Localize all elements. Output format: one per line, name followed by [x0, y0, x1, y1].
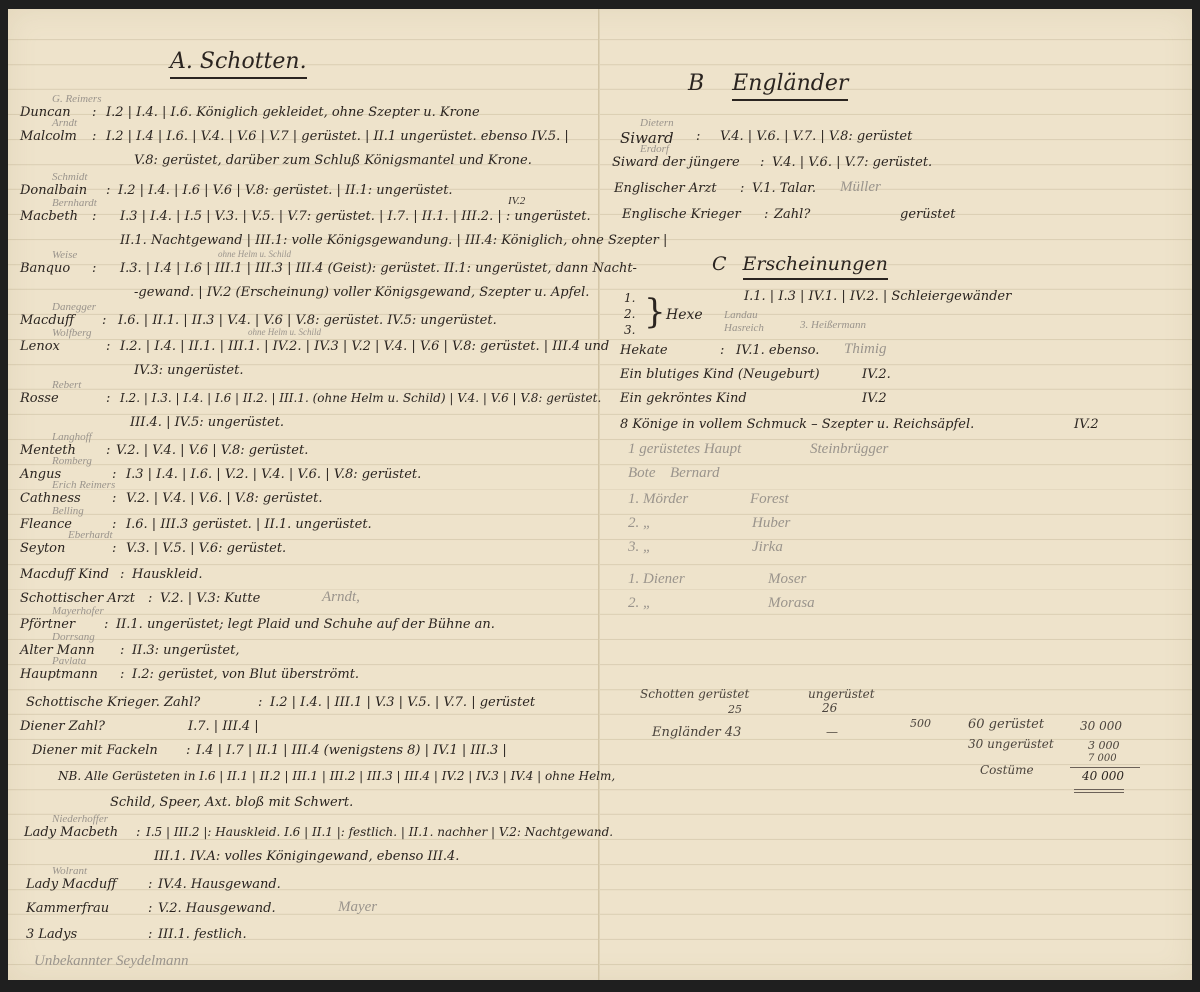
pencil-annotation: Dietern — [640, 117, 674, 129]
role-name: Lady Macduff — [26, 877, 116, 892]
role-name: 3 Ladys — [26, 927, 77, 942]
tally-value: 500 — [910, 717, 931, 730]
costume-spec-continuation: -gewand. | IV.2 (Erscheinung) voller Kön… — [134, 285, 589, 300]
pencil-note: Arndt, — [322, 589, 360, 606]
tally-calc-value: 7 000 — [1088, 753, 1117, 764]
cast-row: Bote Bernard — [600, 465, 1192, 490]
role-name: Malcolm — [20, 129, 77, 144]
tally-calc-total: 40 000 — [1082, 769, 1124, 783]
pencil-note: Hasreich — [724, 322, 764, 334]
entry-cathness: Erich Reimers Cathness : V.2. | V.4. | V… — [8, 489, 598, 514]
cast-role: 2. „ — [628, 515, 651, 532]
pencil-annotation: Schmidt — [52, 171, 87, 183]
pencil-annotation: Dorrsang — [52, 631, 95, 643]
right-page: BEngländer Dietern Siward : V.4. | V.6. … — [600, 9, 1192, 980]
cast-actor: Forest — [750, 491, 789, 508]
costume-spec: V.3. | V.5. | V.6: gerüstet. — [126, 541, 286, 556]
pencil-note: Müller — [840, 179, 881, 196]
costume-spec: Zahl? — [774, 207, 810, 222]
cast-role: 2. „ — [628, 595, 651, 612]
witch-number: 1. — [624, 291, 635, 305]
costume-spec: IV.2 — [1074, 417, 1099, 432]
costume-spec: IV.2. — [862, 367, 891, 382]
entry-siward-der-juengere: Erdorf Siward der jüngere : V.4. | V.6. … — [600, 153, 1192, 178]
role-name: Cathness — [20, 491, 81, 506]
costume-spec: I.3 | I.4. | I.5 | V.3. | V.5. | V.7: ge… — [120, 209, 591, 224]
pencil-annotation: Rebert — [52, 379, 81, 391]
tally-value: 25 — [728, 703, 742, 716]
entry-lady-macbeth: Niederhoffer Lady Macbeth : I.5 | III.2 … — [8, 823, 598, 848]
pencil-annotation: Erdorf — [640, 143, 669, 155]
entry-macbeth: Bernhardt Macbeth : I.3 | I.4. | I.5 | V… — [8, 207, 598, 232]
costume-spec: Hauskleid. — [132, 567, 202, 582]
costume-spec: V.4. | V.6. | V.7: gerüstet. — [772, 155, 932, 170]
witch-number: 3. — [624, 323, 635, 337]
section-c-heading: CErscheinungen — [712, 253, 888, 275]
costume-spec: V.2. | V.4. | V.6. | V.8: gerüstet. — [126, 491, 322, 506]
cast-actor: Steinbrügger — [810, 441, 888, 458]
superscript-note: IV.2 — [508, 195, 525, 207]
pencil-annotation: Eberhardt — [68, 529, 113, 541]
costume-spec: I.4 | I.7 | II.1 | III.4 (wenigstens 8) … — [196, 743, 507, 758]
superscript-note: ohne Helm u. Schild — [248, 327, 321, 337]
role-name: Ein gekröntes Kind — [620, 391, 747, 406]
role-name: Pförtner — [20, 617, 75, 632]
pencil-annotation: Niederhoffer — [52, 813, 108, 825]
pencil-annotation: Arndt — [52, 117, 77, 129]
pencil-annotation: Bernhardt — [52, 197, 97, 209]
cast-row: 2. „ Morasa — [600, 595, 1192, 620]
role-name: Diener mit Fackeln — [32, 743, 158, 758]
role-name: Schottische Krieger. Zahl? — [26, 695, 200, 710]
tally-label: ungerüstet — [808, 687, 875, 701]
superscript-note: ohne Helm u. Schild — [218, 249, 291, 259]
entry-schottische-krieger: Schottische Krieger. Zahl? : I.2 | I.4. … — [8, 693, 598, 718]
section-a-title: Schotten. — [200, 49, 307, 74]
section-b-heading: BEngländer — [688, 71, 848, 96]
entry-englischer-arzt: Englischer Arzt : V.1. Talar. Müller — [600, 179, 1192, 204]
costume-spec: I.2 | I.4. | I.6 | V.6 | V.8: gerüstet. … — [118, 183, 453, 198]
section-a-letter: A. — [170, 49, 193, 74]
tally-value: — — [826, 725, 838, 739]
costume-spec: I.2. | I.3. | I.4. | I.6 | II.2. | III.1… — [120, 391, 601, 405]
note-continuation: Schild, Speer, Axt. bloß mit Schwert. — [110, 795, 353, 810]
entry-lady-macduff: Wolrant Lady Macduff : IV.4. Hausgewand. — [8, 875, 598, 900]
cast-role: Bote — [628, 465, 656, 482]
cast-actor: Jirka — [752, 539, 783, 556]
role-name: Hauptmann — [20, 667, 98, 682]
role-name: Lenox — [20, 339, 60, 354]
section-a-heading: A. Schotten. — [170, 49, 307, 74]
costume-spec: I.6. | II.1. | II.3 | V.4. | V.6 | V.8: … — [118, 313, 497, 328]
role-name: Kammerfrau — [26, 901, 109, 916]
role-name: Banquo — [20, 261, 70, 276]
left-page: A. Schotten. G. Reimers Duncan : I.2 | I… — [8, 9, 598, 980]
costume-spec: I.2. | I.4. | II.1. | III.1. | IV.2. | I… — [120, 339, 609, 354]
section-b-letter: B — [688, 71, 704, 96]
costume-spec: V.4. | V.6. | V.7. | V.8: gerüstet — [720, 129, 912, 144]
cast-actor: Bernard — [670, 465, 719, 482]
costume-spec: II.3: ungerüstet, — [132, 643, 239, 658]
tally-value: 26 — [822, 701, 837, 715]
entry-8-koenige: 8 Könige in vollem Schmuck – Szepter u. … — [600, 415, 1192, 440]
role-name: Diener Zahl? — [20, 719, 105, 734]
sum-line — [1070, 767, 1140, 768]
tally-calc-value: 3 000 — [1088, 739, 1120, 752]
role-name: Siward der jüngere — [612, 155, 740, 170]
cast-row: 1. Diener Moser — [600, 571, 1192, 596]
entry-macduff-kind: Macduff Kind : Hauskleid. — [8, 565, 598, 590]
manuscript-sheet: A. Schotten. G. Reimers Duncan : I.2 | I… — [8, 9, 1192, 980]
costume-spec: I.5 | III.2 |: Hauskleid. I.6 | II.1 |: … — [146, 825, 613, 839]
entry-gekroentes-kind: Ein gekröntes Kind IV.2 — [600, 389, 1192, 414]
role-name: Hekate — [620, 343, 668, 358]
double-underline — [1074, 792, 1124, 793]
pencil-annotation: Wolrant — [52, 865, 87, 877]
costume-spec-continuation: III.4. | IV.5: ungerüstet. — [130, 415, 284, 430]
tally-calc-label: 60 gerüstet — [968, 717, 1044, 732]
tally-calc-label: 30 ungerüstet — [968, 737, 1054, 751]
costume-spec: IV.2 — [862, 391, 887, 406]
pencil-note: Thimig — [844, 341, 887, 358]
role-name: Englische Krieger — [622, 207, 741, 222]
pencil-annotation: Langhoff — [52, 431, 92, 443]
costume-spec: V.2. Hausgewand. — [158, 901, 276, 916]
role-name: Macduff — [20, 313, 74, 328]
tally-calc-value: 30 000 — [1080, 719, 1122, 733]
double-underline — [1074, 789, 1124, 790]
costume-spec: V.2. | V.4. | V.6 | V.8: gerüstet. — [116, 443, 308, 458]
pencil-annotation: Erich Reimers — [52, 479, 115, 491]
role-name: 8 Könige in vollem Schmuck – Szepter u. … — [620, 417, 974, 432]
costume-spec: IV.4. Hausgewand. — [158, 877, 281, 892]
entry-banquo: Weise Banquo : I.3. | I.4 | I.6 | III.1 … — [8, 259, 598, 284]
cast-row: 3. „ Jirka — [600, 539, 1192, 564]
costume-spec-continuation: III.1. IV.A: volles Königingewand, ebens… — [154, 849, 459, 864]
costume-spec: IV.1. ebenso. — [736, 343, 819, 358]
costume-spec: I.1. | I.3 | IV.1. | IV.2. | Schleiergew… — [744, 289, 1011, 304]
pencil-annotation: Romberg — [52, 455, 92, 467]
costume-spec: gerüstet — [900, 207, 955, 222]
entry-alter-mann: Dorrsang Alter Mann : II.3: ungerüstet, — [8, 641, 598, 666]
role-name: Macbeth — [20, 209, 78, 224]
cast-row: 1 gerüstetes Haupt Steinbrügger — [600, 441, 1192, 466]
role-name: Seyton — [20, 541, 65, 556]
tally-calc-label: Costüme — [980, 763, 1034, 777]
note-continuation: NB. Alle Gerüsteten in I.6 | II.1 | II.2… — [58, 769, 615, 783]
pencil-annotation: G. Reimers — [52, 93, 102, 105]
role-name: Macduff Kind — [20, 567, 109, 582]
role-name: Fleance — [20, 517, 72, 532]
pencil-annotation: Belling — [52, 505, 84, 517]
role-name: Hexe — [666, 307, 703, 323]
section-b-title: Engländer — [732, 71, 848, 101]
cast-role: 1 gerüstetes Haupt — [628, 441, 741, 458]
pencil-annotation: Wolfberg — [52, 327, 92, 339]
entry-kammerfrau: Kammerfrau : V.2. Hausgewand. Mayer — [8, 899, 598, 924]
costume-spec: V.2. | V.3: Kutte — [160, 591, 260, 606]
section-c-letter: C — [712, 253, 727, 275]
entry-rosse: Rebert Rosse : I.2. | I.3. | I.4. | I.6 … — [8, 389, 598, 414]
costume-spec: I.2: gerüstet, von Blut überströmt. — [132, 667, 359, 682]
cast-role: 1. Mörder — [628, 491, 688, 508]
costume-spec: I.3 | I.4. | I.6. | V.2. | V.4. | V.6. |… — [126, 467, 421, 482]
entry-diener-mit-fackeln: Diener mit Fackeln : I.4 | I.7 | II.1 | … — [8, 741, 598, 766]
cast-role: 1. Diener — [628, 571, 685, 588]
pencil-note: 3. Heißermann — [800, 319, 866, 331]
tally-label: Schotten gerüstet — [640, 687, 749, 701]
costume-spec: V.1. Talar. — [752, 181, 816, 196]
witch-number: 2. — [624, 307, 635, 321]
role-name: Englischer Arzt — [614, 181, 717, 196]
costume-spec-continuation: V.8: gerüstet, darüber zum Schluß Königs… — [134, 153, 532, 168]
entry-malcolm: Arndt Malcolm : I.2 | I.4 | I.6. | V.4. … — [8, 127, 598, 152]
cast-role: 3. „ — [628, 539, 651, 556]
costume-spec-continuation: IV.3: ungerüstet. — [134, 363, 243, 378]
entry-pfoertner: Mayerhofer Pförtner : II.1. ungerüstet; … — [8, 615, 598, 640]
tally-label: Engländer 43 — [652, 725, 741, 740]
pencil-annotation: Danegger — [52, 301, 96, 313]
entry-englische-krieger: Englische Krieger : Zahl? gerüstet — [600, 205, 1192, 230]
entry-siward: Dietern Siward : V.4. | V.6. | V.7. | V.… — [600, 127, 1192, 152]
costume-spec: II.1. ungerüstet; legt Plaid und Schuhe … — [116, 617, 495, 632]
role-name: Rosse — [20, 391, 59, 406]
role-name: Ein blutiges Kind (Neugeburt) — [620, 367, 820, 382]
costume-spec: I.6. | III.3 gerüstet. | II.1. ungerüste… — [126, 517, 372, 532]
entry-diener: Diener Zahl? I.7. | III.4 | — [8, 717, 598, 742]
costume-spec-continuation: II.1. Nachtgewand | III.1: volle Königsg… — [120, 233, 667, 248]
entry-3-ladys: 3 Ladys : III.1. festlich. — [8, 925, 598, 950]
entry-duncan: G. Reimers Duncan : I.2 | I.4. | I.6. Kö… — [8, 103, 598, 128]
costume-spec: III.1. festlich. — [158, 927, 247, 942]
section-c-title: Erscheinungen — [743, 253, 888, 280]
pencil-annotation: Weise — [52, 249, 77, 261]
cast-row: 2. „ Huber — [600, 515, 1192, 540]
role-name: Donalbain — [20, 183, 87, 198]
pencil-note: Mayer — [338, 899, 377, 916]
entry-blutiges-kind: Ein blutiges Kind (Neugeburt) IV.2. — [600, 365, 1192, 390]
costume-spec: I.2 | I.4 | I.6. | V.4. | V.6 | V.7 | ge… — [106, 129, 569, 144]
role-name: Schottischer Arzt — [20, 591, 135, 606]
brace-icon: } — [644, 295, 666, 329]
costume-spec: I.7. | III.4 | — [188, 719, 259, 734]
role-name: Lady Macbeth — [24, 825, 118, 840]
pencil-note: Landau — [724, 309, 758, 321]
costume-spec: I.2 | I.4. | I.6. Königlich gekleidet, o… — [106, 105, 480, 120]
cast-actor: Moser — [768, 571, 806, 588]
pencil-footer-note: Unbekannter Seydelmann — [34, 953, 189, 970]
cast-actor: Huber — [752, 515, 790, 532]
pencil-annotation: Mayerhofer — [52, 605, 104, 617]
entry-lenox: Wolfberg Lenox : I.2. | I.4. | II.1. | I… — [8, 337, 598, 362]
entry-seyton: Eberhardt Seyton : V.3. | V.5. | V.6: ge… — [8, 539, 598, 564]
cast-actor: Morasa — [768, 595, 815, 612]
entry-menteth: Langhoff Menteth : V.2. | V.4. | V.6 | V… — [8, 441, 598, 466]
cast-row: 1. Mörder Forest — [600, 491, 1192, 516]
costume-spec: I.3. | I.4 | I.6 | III.1 | III.3 | III.4… — [120, 261, 637, 276]
pencil-annotation: Pavlata — [52, 655, 86, 667]
entry-hauptmann: Pavlata Hauptmann : I.2: gerüstet, von B… — [8, 665, 598, 690]
costume-spec: I.2 | I.4. | III.1 | V.3 | V.5. | V.7. |… — [270, 695, 535, 710]
entry-hekate: Hekate : IV.1. ebenso. Thimig — [600, 341, 1192, 366]
